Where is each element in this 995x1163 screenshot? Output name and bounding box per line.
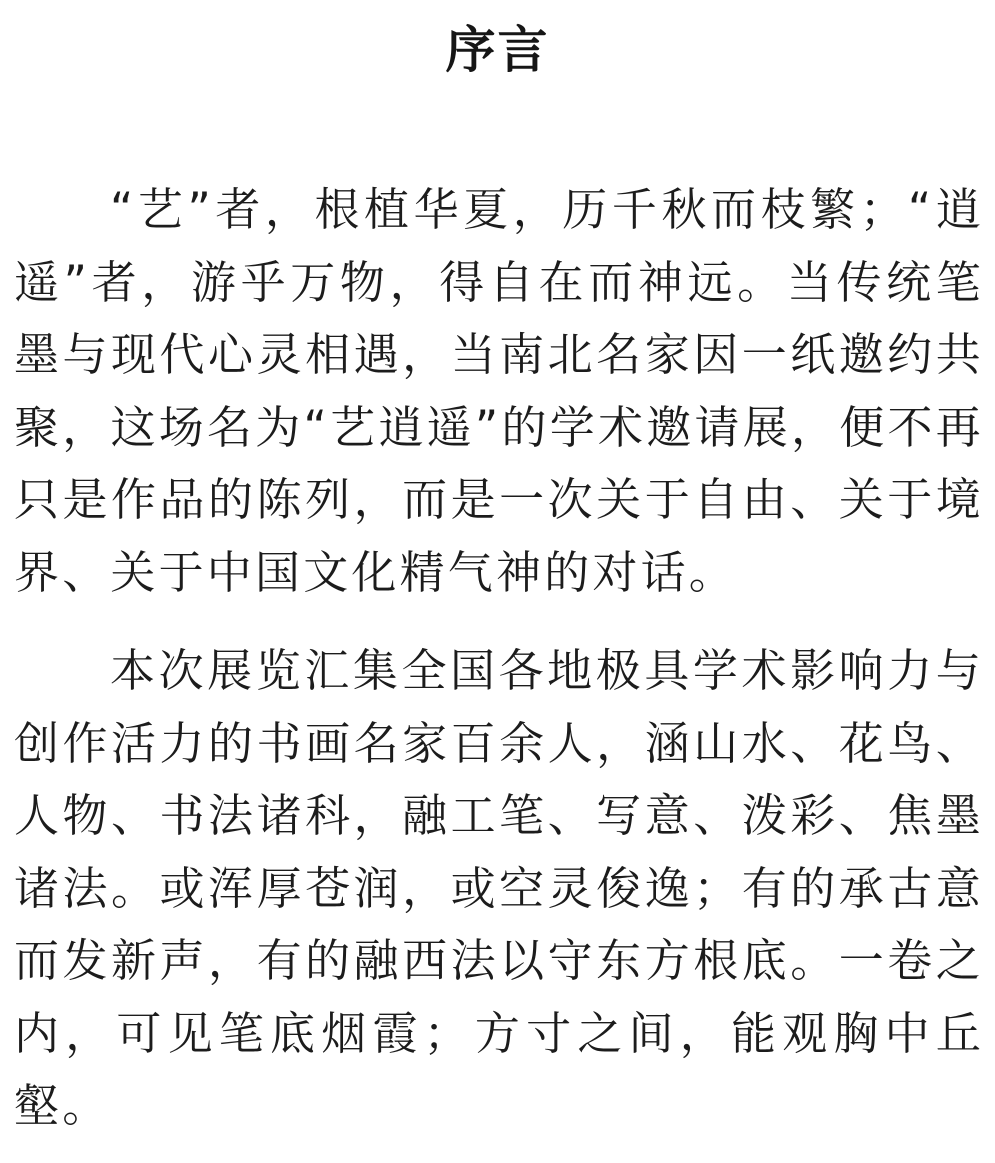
paragraph-intro: “艺”者，根植华夏，历千秋而枝繁；“逍遥”者，游乎万物，得自在而神远。当传统笔墨…: [14, 174, 984, 609]
preface-body: “艺”者，根植华夏，历千秋而枝繁；“逍遥”者，游乎万物，得自在而神远。当传统笔墨…: [14, 174, 984, 1163]
page-title: 序言: [0, 18, 995, 82]
preface-page: 序言 “艺”者，根植华夏，历千秋而枝繁；“逍遥”者，游乎万物，得自在而神远。当传…: [0, 0, 995, 1163]
paragraph-exhibition: 本次展览汇集全国各地极具学术影响力与创作活力的书画名家百余人，涵山水、花鸟、人物…: [14, 635, 984, 1143]
